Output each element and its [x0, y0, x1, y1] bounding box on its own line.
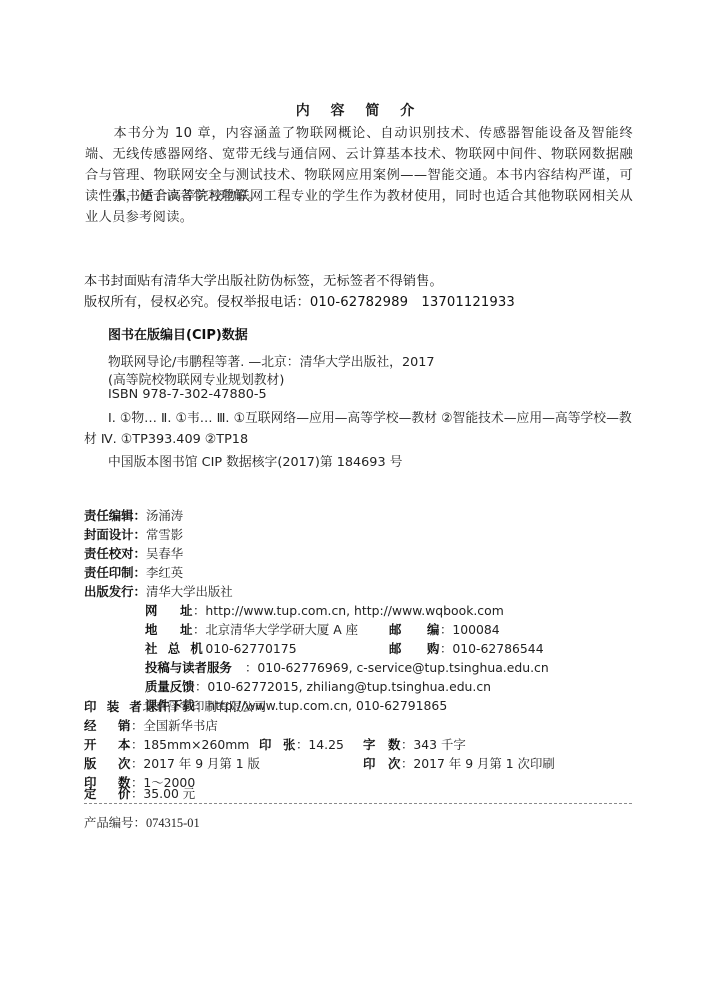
summary-title: 内 容 简 介: [0, 100, 718, 120]
product-code-label: 产品编号：: [84, 815, 146, 830]
label-char: 印: [363, 754, 375, 772]
publisher-submissions-value: ：010-62776969, c-service@tup.tsinghua.ed…: [245, 658, 549, 676]
label-char: 定: [84, 784, 96, 802]
dashed-divider: [84, 803, 632, 804]
label-char: 经: [84, 716, 96, 734]
label-char: 次: [118, 754, 130, 772]
cip-series-line: (高等院校物联网专业规划教材): [108, 369, 284, 388]
product-code: 产品编号：074315-01: [84, 813, 200, 831]
label-char: 编: [427, 620, 439, 638]
credit-cover-design: 封面设计：常雪影: [84, 525, 183, 543]
credit-label: 责任印制：: [84, 565, 146, 580]
label-char: 网: [145, 601, 157, 619]
label-char: 开: [84, 735, 96, 753]
credit-value: 吴春华: [146, 546, 183, 561]
label-char: 销: [118, 716, 130, 734]
credit-value: 常雪影: [146, 527, 183, 542]
label-char: 次: [388, 754, 400, 772]
impression-value: ：2017 年 9 月第 1 次印刷: [401, 754, 555, 772]
label-char: 址: [180, 620, 192, 638]
publisher-switchboard-value: ：010-62770175: [193, 639, 297, 657]
credit-label: 出版发行：: [84, 584, 146, 599]
cip-classification-text: Ⅰ. ①物… Ⅱ. ①韦… Ⅲ. ①互联网络—应用—高等学校—教材 ②智能技术—…: [84, 411, 632, 447]
label-char: 邮: [389, 639, 401, 657]
submissions-label: 投稿与读者服务: [145, 658, 232, 676]
label-char: 购: [427, 639, 439, 657]
cip-record-number: 中国版本图书馆 CIP 数据核字(2017)第 184693 号: [108, 451, 402, 470]
credit-value: 汤涌涛: [146, 508, 183, 523]
summary-paragraph-2: 本书适合高等院校物联网工程专业的学生作为教材使用，同时也适合其他物联网相关从业人…: [85, 186, 633, 228]
credit-proofreader: 责任校对：吴春华: [84, 544, 183, 562]
publisher-address-value: ：北京清华大学学研大厦 A 座: [193, 620, 358, 638]
label-char: 邮: [389, 620, 401, 638]
credit-label: 责任校对：: [84, 546, 146, 561]
label-char: 址: [180, 601, 192, 619]
anti-counterfeit-notice: 本书封面贴有清华大学出版社防伪标签，无标签者不得销售。: [84, 270, 443, 289]
label-char: 地: [145, 620, 157, 638]
edition-value: ：2017 年 9 月第 1 版: [131, 754, 260, 772]
printer-value: ：北京泽宇印刷有限公司: [130, 697, 266, 715]
distributor-value: ：全国新华书店: [131, 716, 218, 734]
publisher-feedback-value: ：010-62772015, zhiliang@tup.tsinghua.edu…: [195, 677, 491, 695]
cip-title-line: 物联网导论/韦鹏程等著. —北京：清华大学出版社，2017: [108, 351, 435, 370]
copyright-notice: 版权所有，侵权必究。侵权举报电话：010-62782989 1370112193…: [84, 291, 515, 310]
label-char: 版: [84, 754, 96, 772]
credit-value: 李红英: [146, 565, 183, 580]
credit-label: 责任编辑：: [84, 508, 146, 523]
credit-printing-manager: 责任印制：李红英: [84, 563, 183, 581]
cip-isbn: ISBN 978-7-302-47880-5: [108, 387, 267, 402]
credit-label: 封面设计：: [84, 527, 146, 542]
credit-value: 清华大学出版社: [146, 584, 233, 599]
credit-editor: 责任编辑：汤涌涛: [84, 506, 183, 524]
publisher-website-value: ：http://www.tup.com.cn, http://www.wqboo…: [193, 601, 504, 619]
label-char: 字: [363, 735, 375, 753]
label-char: 价: [118, 784, 130, 802]
label-char: 印: [259, 735, 271, 753]
label-char: 张: [283, 735, 295, 753]
label-char: 数: [388, 735, 400, 753]
cip-classification: Ⅰ. ①物… Ⅱ. ①韦… Ⅲ. ①互联网络—应用—高等学校—教材 ②智能技术—…: [84, 408, 632, 450]
feedback-label: 质量反馈: [145, 677, 195, 695]
publisher-postcode-value: ：100084: [440, 620, 500, 638]
cip-heading: 图书在版编目(CIP)数据: [108, 324, 248, 343]
word-count-value: ：343 千字: [401, 735, 466, 753]
format-value: ：185mm×260mm: [131, 735, 249, 753]
credit-publisher: 出版发行：清华大学出版社: [84, 582, 233, 600]
sheets-value: ：14.25: [296, 735, 344, 753]
publisher-mail-order-value: ：010-62786544: [440, 639, 544, 657]
label-char: 本: [118, 735, 130, 753]
price-value: ：35.00 元: [131, 784, 195, 802]
product-code-value: 074315-01: [146, 816, 200, 830]
summary-paragraph-2-text: 本书适合高等院校物联网工程专业的学生作为教材使用，同时也适合其他物联网相关从业人…: [85, 189, 633, 225]
